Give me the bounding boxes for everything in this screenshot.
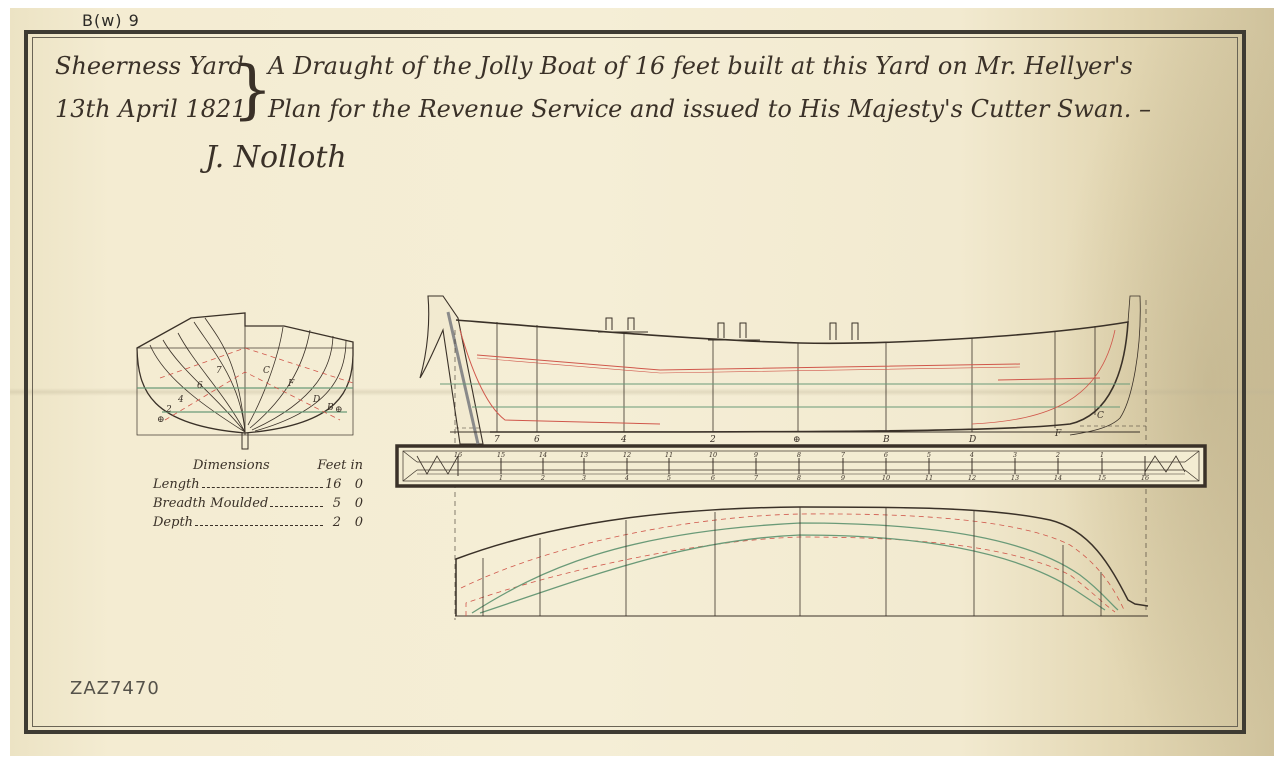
scale-label: 5 (927, 451, 931, 459)
scale-label: 1 (1100, 451, 1104, 459)
catalog-id: ZAZ7470 (70, 678, 160, 699)
scale-label: 3 (582, 474, 586, 482)
scale-label: 12 (623, 451, 631, 459)
body-plan-labels: 7 6 4 2 ⊕ C F D B ⊕ (157, 366, 343, 425)
station-label: 2 (709, 435, 716, 445)
scale-label: 16 (1141, 474, 1149, 482)
scale-label: 2 (1055, 451, 1060, 459)
station-label: F (1054, 429, 1062, 439)
section-label: ⊕ (157, 415, 165, 425)
technical-drawing: 7 6 4 2 ⊕ C F D B ⊕ (0, 0, 1280, 763)
scale-label: 5 (667, 474, 671, 482)
body-plan (137, 313, 353, 449)
scale-label: 12 (968, 474, 976, 482)
rowlock-chocks (598, 318, 872, 343)
scale-label: 11 (665, 451, 673, 459)
station-label: 4 (620, 435, 627, 445)
scale-label: 14 (539, 451, 547, 459)
scale-label: 2 (540, 474, 545, 482)
scale-label: 6 (884, 451, 888, 459)
scale-label: 16 (454, 451, 462, 459)
scale-label: 8 (797, 451, 801, 459)
scale-label: 4 (624, 474, 629, 482)
station-label: C (1097, 411, 1104, 421)
half-breadth-plan (455, 507, 1148, 616)
scale-label: 10 (709, 451, 717, 459)
scale-label: 1 (499, 474, 503, 482)
section-label: 7 (216, 366, 222, 376)
scale-label: 11 (925, 474, 933, 482)
scale-label: 15 (497, 451, 505, 459)
scale-label: 13 (1011, 474, 1019, 482)
section-label: B (326, 403, 334, 413)
scale-label: 6 (711, 474, 715, 482)
section-label: C (263, 366, 270, 376)
section-label: 2 (165, 405, 172, 415)
scale-label: 8 (797, 474, 801, 482)
station-label: B (882, 435, 890, 445)
scale-label: 4 (969, 451, 974, 459)
section-label: D (312, 395, 320, 405)
scale-label: 3 (1013, 451, 1017, 459)
station-label: 7 (494, 435, 500, 445)
scale-label: 13 (580, 451, 588, 459)
station-label: ⊕ (793, 435, 801, 445)
section-label: 4 (177, 395, 184, 405)
scale-label: 10 (882, 474, 890, 482)
scale-label: 14 (1054, 474, 1062, 482)
section-label: F (287, 379, 295, 389)
section-label: 6 (197, 381, 203, 391)
section-label: ⊕ (335, 405, 343, 415)
scale-label: 15 (1098, 474, 1106, 482)
scale-label: 9 (841, 474, 845, 482)
station-label: 6 (534, 435, 540, 445)
scale-label: 9 (754, 451, 758, 459)
station-label: D (968, 435, 976, 445)
